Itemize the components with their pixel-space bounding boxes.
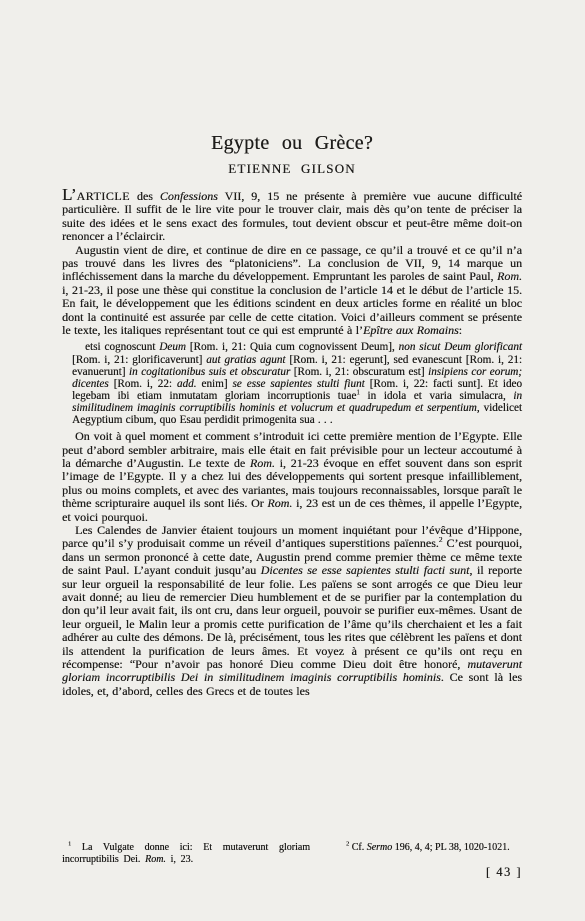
article-body: L’ARTICLE des Confessions VII, 9, 15 ne … (62, 188, 522, 698)
article-author: ETIENNE GILSON (62, 161, 522, 176)
footnote-1: 1 La Vulgate donne ici: Et mutaverunt gl… (62, 842, 310, 865)
paragraph: L’ARTICLE des Confessions VII, 9, 15 ne … (62, 188, 522, 244)
footnotes: 1 La Vulgate donne ici: Et mutaverunt gl… (62, 842, 522, 865)
text-column: Egypte ou Grèce? ETIENNE GILSON L’ARTICL… (62, 131, 522, 698)
page-number: [ 43 ] (486, 865, 522, 880)
latin-quote-block: etsi cognoscunt Deum [Rom. i, 21: Quia c… (72, 341, 522, 426)
paragraph: Les Calendes de Janvier étaient toujours… (62, 524, 522, 698)
scanned-page: Egypte ou Grèce? ETIENNE GILSON L’ARTICL… (0, 0, 585, 921)
article-title: Egypte ou Grèce? (62, 131, 522, 155)
paragraph: On voit à quel moment et comment s’intro… (62, 430, 522, 524)
paragraph: Augustin vient de dire, et continue de d… (62, 244, 522, 338)
footnote-2: 2 Cf. Sermo 196, 4, 4; PL 38, 1020-1021. (340, 842, 522, 865)
